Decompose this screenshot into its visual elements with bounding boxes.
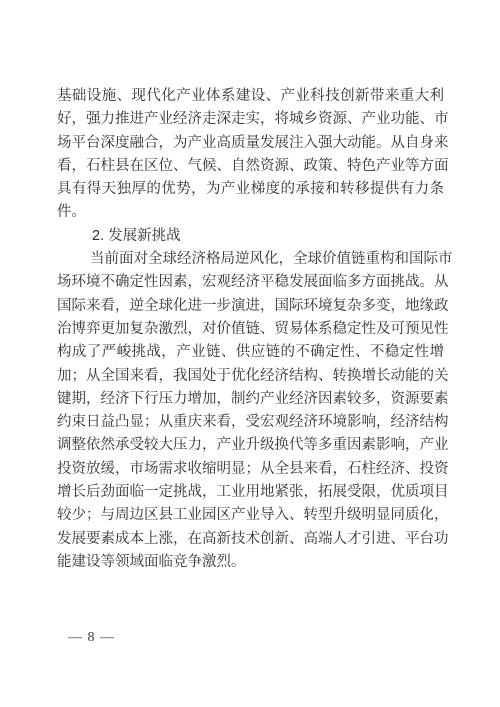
- text-line: 件。: [57, 201, 444, 224]
- text-line: 基础设施、现代化产业体系建设、产业科技创新带来重大利: [57, 85, 444, 108]
- text-line: 加；从全国来看，我国处于优化经济结构、转换增长动能的关: [57, 365, 444, 388]
- paragraph-continuation: 基础设施、现代化产业体系建设、产业科技创新带来重大利好，强力推进产业经济走深走实…: [57, 85, 444, 225]
- text-line: 较少；与周边区县工业园区产业导入、转型升级明显同质化，: [57, 504, 444, 527]
- text-line: 当前面对全球经济格局逆风化，全球价值链重构和国际市: [57, 248, 444, 271]
- text-line: 能建设等领域面临竞争激烈。: [57, 551, 444, 574]
- text-line: 治博弈更加复杂激烈，对价值链、贸易体系稳定性及可预见性: [57, 318, 444, 341]
- text-line: 约束日益凸显；从重庆来看，受宏观经济环境影响，经济结构: [57, 411, 444, 434]
- text-line: 场环境不确定性因素，宏观经济平稳发展面临多方面挑战。从: [57, 271, 444, 294]
- text-line: 具有得天独厚的优势，为产业梯度的承接和转移提供有力条: [57, 178, 444, 201]
- text-line: 发展要素成本上涨，在高新技术创新、高端人才引进、平台功: [57, 528, 444, 551]
- text-line: 构成了严峻挑战，产业链、供应链的不确定性、不稳定性增: [57, 341, 444, 364]
- section-heading: 2. 发展新挑战: [57, 225, 444, 248]
- text-line: 键期，经济下行压力增加，制约产业经济因素较多，资源要素: [57, 388, 444, 411]
- text-line: 看，石柱县在区位、气候、自然资源、政策、特色产业等方面: [57, 155, 444, 178]
- page-number: — 8 —: [68, 630, 115, 646]
- paragraph-challenges: 当前面对全球经济格局逆风化，全球价值链重构和国际市场环境不确定性因素，宏观经济平…: [57, 248, 444, 574]
- text-line: 国际来看，逆全球化进一步演进，国际环境复杂多变，地缘政: [57, 295, 444, 318]
- text-line: 场平台深度融合，为产业高质量发展注入强大动能。从自身来: [57, 132, 444, 155]
- text-line: 增长后劲面临一定挑战，工业用地紧张，拓展受限，优质项目: [57, 481, 444, 504]
- text-line: 投资放缓，市场需求收缩明显；从全县来看，石柱经济、投资: [57, 458, 444, 481]
- text-line: 好，强力推进产业经济走深走实，将城乡资源、产业功能、市: [57, 108, 444, 131]
- document-page: 基础设施、现代化产业体系建设、产业科技创新带来重大利好，强力推进产业经济走深走实…: [0, 0, 500, 707]
- text-line: 调整依然承受较大压力，产业升级换代等多重因素影响，产业: [57, 434, 444, 457]
- document-body: 基础设施、现代化产业体系建设、产业科技创新带来重大利好，强力推进产业经济走深走实…: [57, 85, 444, 574]
